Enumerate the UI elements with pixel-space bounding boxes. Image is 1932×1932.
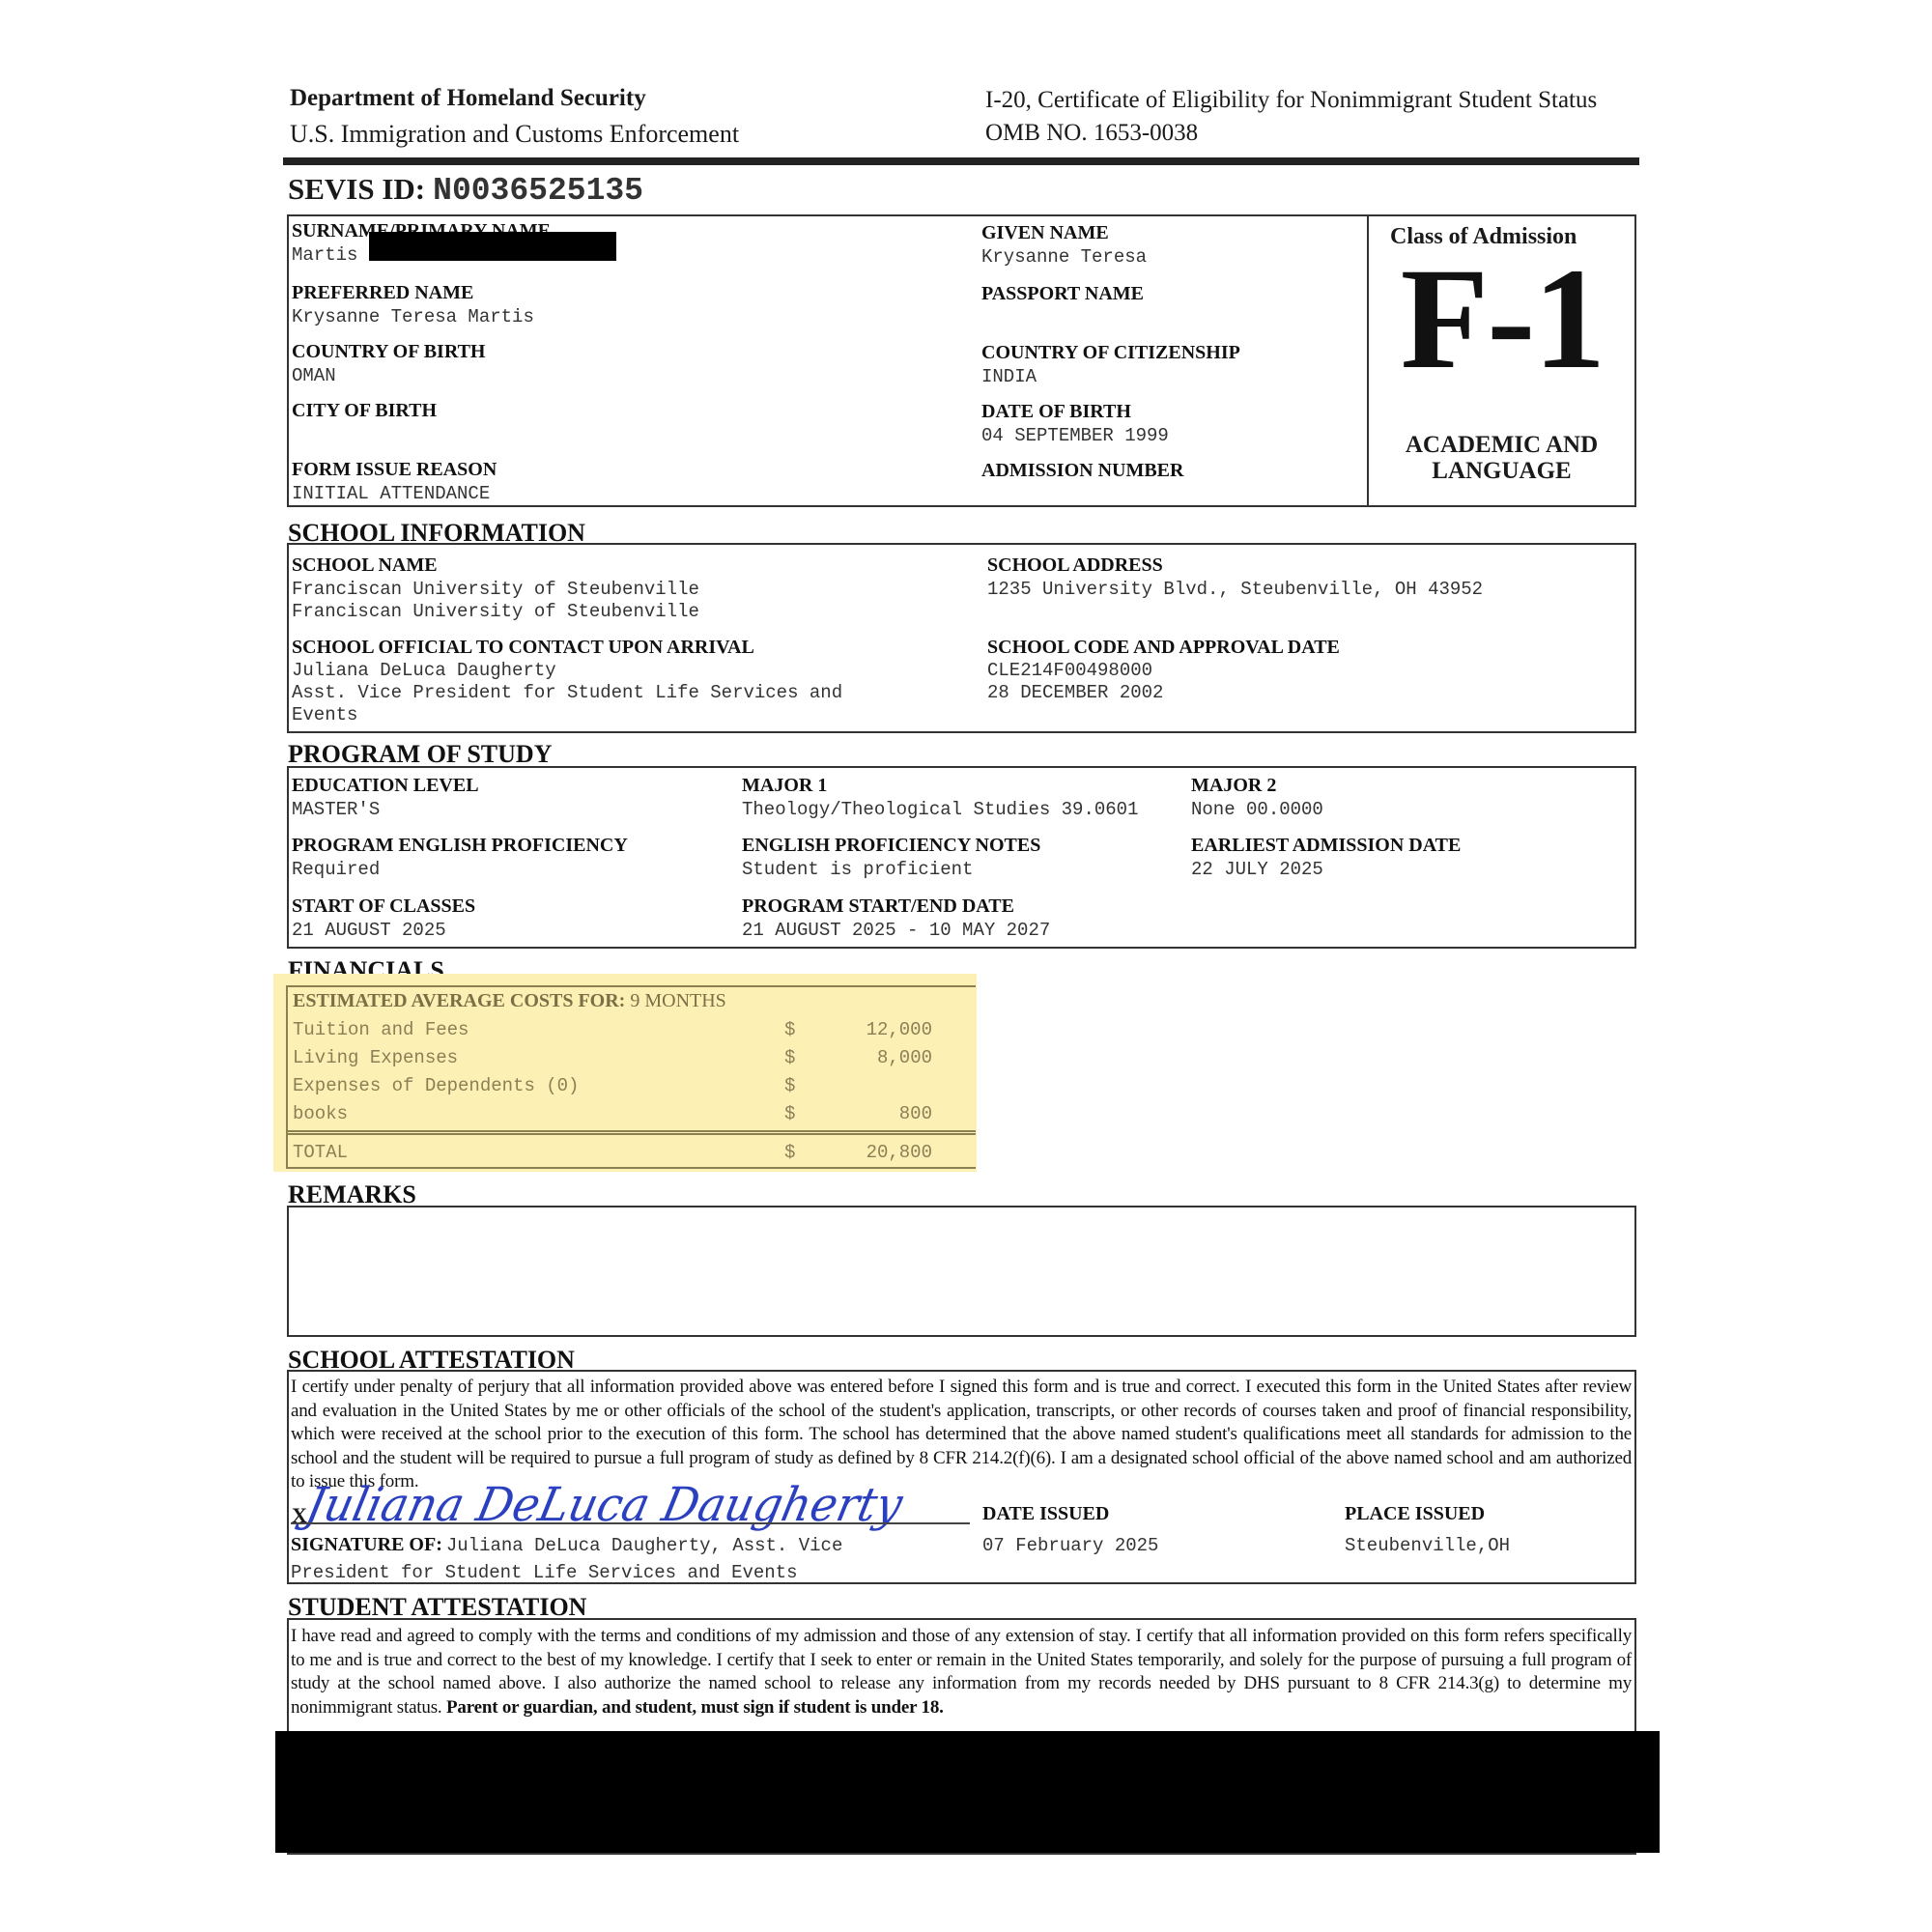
school-name-label: SCHOOL NAME — [292, 554, 438, 576]
cost-row-currency: $ — [784, 1075, 795, 1097]
school-name-line1: Franciscan University of Steubenville — [292, 579, 699, 601]
admission-category-line2: LANGUAGE — [1368, 458, 1635, 484]
cost-row-label: Expenses of Dependents (0) — [293, 1075, 579, 1097]
dob-label: DATE OF BIRTH — [981, 401, 1131, 422]
costs-label: ESTIMATED AVERAGE COSTS FOR: — [293, 990, 625, 1011]
school-address-value: 1235 University Blvd., Steubenville, OH … — [987, 579, 1483, 601]
date-issued-label: DATE ISSUED — [982, 1503, 1109, 1524]
earliest-admission-value: 22 JULY 2025 — [1191, 859, 1323, 881]
earliest-admission-label: EARLIEST ADMISSION DATE — [1191, 835, 1461, 856]
country-of-birth-value: OMAN — [292, 365, 336, 387]
cost-row-label: Tuition and Fees — [293, 1019, 469, 1041]
school-address-label: SCHOOL ADDRESS — [987, 554, 1163, 576]
official-title-line2: Events — [292, 704, 357, 726]
cost-row-currency: $ — [784, 1103, 795, 1125]
total-amount: 20,800 — [811, 1142, 932, 1164]
costs-period-label: ESTIMATED AVERAGE COSTS FOR: 9 MONTHS — [293, 990, 726, 1012]
major2-label: MAJOR 2 — [1191, 775, 1276, 796]
agency-name: Department of Homeland Security — [290, 85, 646, 112]
official-label: SCHOOL OFFICIAL TO CONTACT UPON ARRIVAL — [292, 637, 754, 658]
admission-category: ACADEMIC AND LANGUAGE — [1368, 432, 1635, 484]
admission-category-line1: ACADEMIC AND — [1368, 432, 1635, 458]
remarks-box — [287, 1206, 1636, 1337]
sub-agency-name: U.S. Immigration and Customs Enforcement — [290, 120, 739, 149]
official-name: Juliana DeLuca Daugherty — [292, 660, 556, 682]
major2-value: None 00.0000 — [1191, 799, 1323, 821]
signature-of-line2: President for Student Life Services and … — [291, 1562, 798, 1584]
citizenship-label: COUNTRY OF CITIZENSHIP — [981, 342, 1240, 363]
form-issue-reason-value: INITIAL ATTENDANCE — [292, 483, 490, 505]
education-level-label: EDUCATION LEVEL — [292, 775, 479, 796]
school-code-value: CLE214F00498000 — [987, 660, 1152, 682]
city-of-birth-label: CITY OF BIRTH — [292, 400, 437, 421]
costs-period: 9 MONTHS — [630, 990, 725, 1011]
given-name-label: GIVEN NAME — [981, 222, 1109, 243]
cost-row-amount: 800 — [811, 1103, 932, 1125]
country-of-birth-label: COUNTRY OF BIRTH — [292, 341, 485, 362]
admission-number-label: ADMISSION NUMBER — [981, 460, 1183, 481]
dob-value: 04 SEPTEMBER 1999 — [981, 425, 1169, 447]
cost-row-label: books — [293, 1103, 348, 1125]
passport-name-label: PASSPORT NAME — [981, 283, 1144, 304]
signature-line — [291, 1522, 970, 1524]
english-notes-label: ENGLISH PROFICIENCY NOTES — [742, 835, 1040, 856]
given-name-value: Krysanne Teresa — [981, 246, 1147, 269]
date-issued-value: 07 February 2025 — [982, 1535, 1158, 1557]
english-proficiency-value: Required — [292, 859, 380, 881]
program-heading: PROGRAM OF STUDY — [288, 740, 552, 769]
surname-value: Martis — [292, 244, 357, 267]
header-rule — [283, 157, 1639, 165]
cost-row-currency: $ — [784, 1019, 795, 1041]
program-dates-value: 21 AUGUST 2025 - 10 MAY 2027 — [742, 920, 1050, 942]
total-currency: $ — [784, 1142, 795, 1164]
cost-row-label: Living Expenses — [293, 1047, 458, 1069]
redaction-block — [369, 232, 616, 261]
total-label: TOTAL — [293, 1142, 348, 1164]
start-classes-value: 21 AUGUST 2025 — [292, 920, 446, 942]
school-code-label: SCHOOL CODE AND APPROVAL DATE — [987, 637, 1340, 658]
major1-label: MAJOR 1 — [742, 775, 827, 796]
citizenship-value: INDIA — [981, 366, 1037, 388]
total-double-rule — [286, 1130, 976, 1135]
place-issued-value: Steubenville,OH — [1345, 1535, 1510, 1557]
sevis-id-value: N0036525135 — [433, 173, 643, 209]
redaction-block-signature — [275, 1731, 1660, 1853]
sevis-id-label: SEVIS ID: — [288, 172, 425, 206]
cost-row-amount: 12,000 — [811, 1019, 932, 1041]
preferred-name-label: PREFERRED NAME — [292, 282, 473, 303]
student-attestation-bold: Parent or guardian, and student, must si… — [446, 1697, 944, 1718]
place-issued-label: PLACE ISSUED — [1345, 1503, 1485, 1524]
remarks-text — [289, 1207, 1634, 1219]
cost-row-amount: 8,000 — [811, 1047, 932, 1069]
education-level-value: MASTER'S — [292, 799, 380, 821]
school-name-line2: Franciscan University of Steubenville — [292, 601, 699, 623]
major1-value: Theology/Theological Studies 39.0601 — [742, 799, 1138, 821]
student-attestation-text: I have read and agreed to comply with th… — [291, 1625, 1632, 1719]
start-classes-label: START OF CLASSES — [292, 895, 475, 917]
program-dates-label: PROGRAM START/END DATE — [742, 895, 1014, 917]
approval-date-value: 28 DECEMBER 2002 — [987, 682, 1163, 704]
omb-number: OMB NO. 1653-0038 — [985, 120, 1198, 147]
english-notes-value: Student is proficient — [742, 859, 973, 881]
sevis-id: SEVIS ID:N0036525135 — [288, 172, 643, 207]
form-title: I-20, Certificate of Eligibility for Non… — [985, 87, 1597, 114]
english-proficiency-label: PROGRAM ENGLISH PROFICIENCY — [292, 835, 628, 856]
official-title-line1: Asst. Vice President for Student Life Se… — [292, 682, 842, 704]
signature-of-line1: Juliana DeLuca Daugherty, Asst. Vice — [446, 1535, 842, 1556]
preferred-name-value: Krysanne Teresa Martis — [292, 306, 534, 328]
class-of-admission-value: F-1 — [1352, 246, 1652, 391]
cost-row-currency: $ — [784, 1047, 795, 1069]
signature-of-label: SIGNATURE OF: — [291, 1534, 442, 1555]
signature-of: SIGNATURE OF: Juliana DeLuca Daugherty, … — [291, 1534, 842, 1557]
form-issue-reason-label: FORM ISSUE REASON — [292, 459, 497, 480]
